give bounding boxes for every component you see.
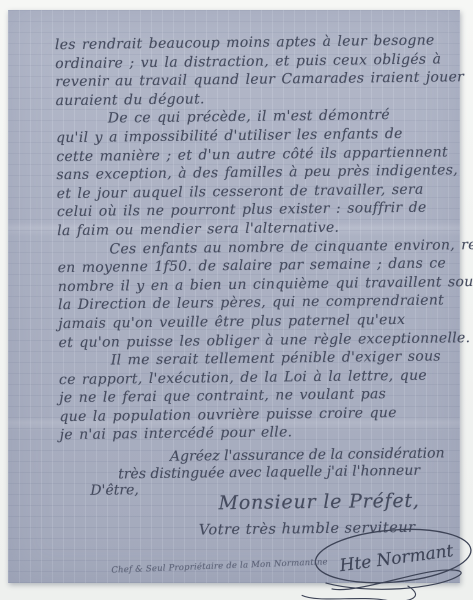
letter-page: les rendrait beaucoup moins aptes à leur… [8,10,460,583]
closing-line: Agréez l'assurance de la considération [170,445,445,464]
salutation: Monsieur le Préfet, [218,490,419,514]
letter-body: les rendrait beaucoup moins aptes à leur… [55,31,456,445]
closing-line: D'être, [90,482,139,499]
closing-line: très distinguée avec laquelle j'ai l'hon… [118,463,420,483]
letter-content: les rendrait beaucoup moins aptes à leur… [5,7,464,585]
letter-line: je n'ai pas intercédé pour elle. [60,422,456,445]
